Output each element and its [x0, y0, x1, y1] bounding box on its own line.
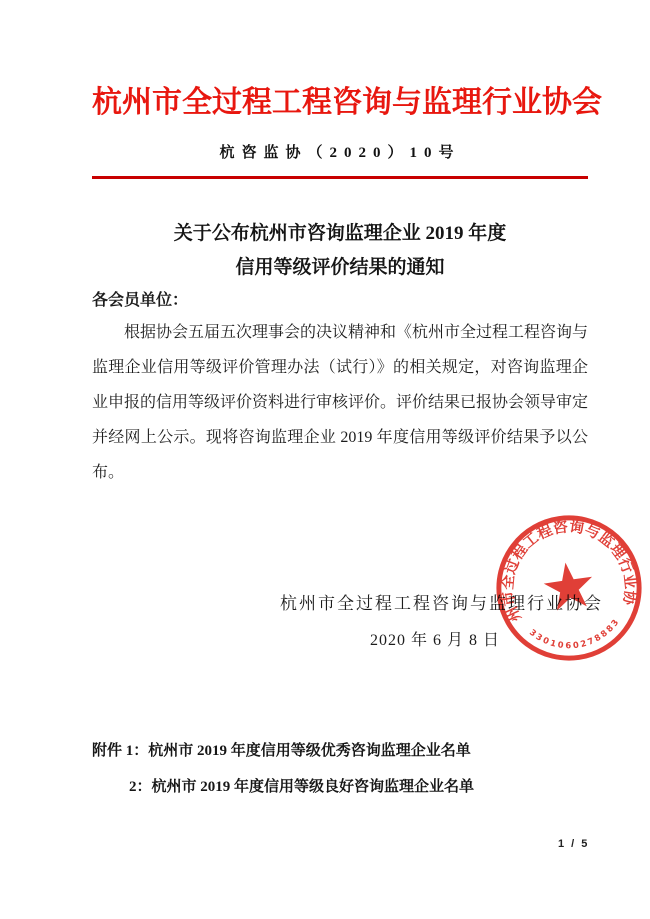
body-paragraph: 根据协会五届五次理事会的决议精神和《杭州市全过程工程咨询与监理企业信用等级评价管… [92, 315, 588, 490]
notice-title-line1: 关于公布杭州市咨询监理企业 2019 年度 [92, 217, 588, 251]
document-content: 杭州市全过程工程咨询与监理行业协会 杭咨监协（2020）10号 关于公布杭州市咨… [0, 0, 650, 805]
document-page: 杭州市全过程工程咨询与监理行业协会 杭咨监协（2020）10号 关于公布杭州市咨… [0, 0, 650, 919]
signature-org-name: 杭州市全过程工程咨询与监理行业协会 [280, 592, 590, 616]
attachment-item-1: 附件 1：杭州市 2019 年度信用等级优秀咨询监理企业名单 [92, 733, 588, 769]
signature-date: 2020 年 6 月 8 日 [280, 629, 590, 653]
page-number-indicator: 1 / 5 [558, 838, 589, 850]
attachments-list: 附件 1：杭州市 2019 年度信用等级优秀咨询监理企业名单 2：杭州市 201… [92, 733, 588, 805]
red-header-org-title: 杭州市全过程工程咨询与监理行业协会 [92, 84, 588, 122]
notice-title-line2: 信用等级评价结果的通知 [92, 251, 588, 285]
notice-title: 关于公布杭州市咨询监理企业 2019 年度 信用等级评价结果的通知 [92, 217, 588, 285]
salutation: 各会员单位： [92, 288, 588, 314]
attachment-item-2: 2：杭州市 2019 年度信用等级良好咨询监理企业名单 [92, 769, 588, 805]
signature-block: 杭州市全过程工程咨询与监理行业协会 2020 年 6 月 8 日 [280, 592, 590, 653]
document-number: 杭咨监协（2020）10号 [92, 144, 588, 163]
red-divider-rule [92, 176, 588, 179]
